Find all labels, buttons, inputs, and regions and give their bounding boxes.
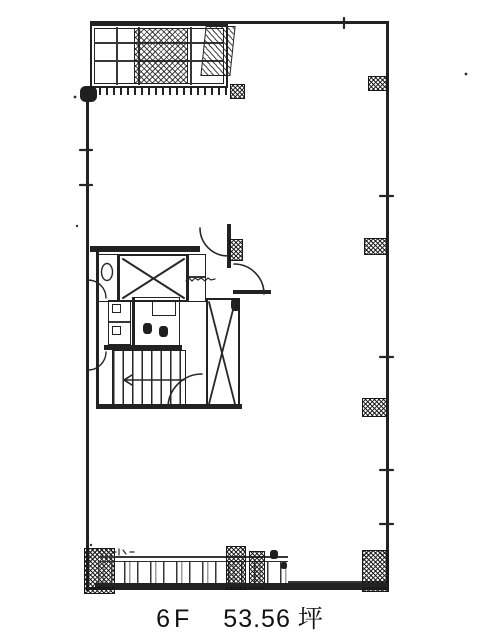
rooftop-block-partition — [116, 27, 118, 85]
outer-wall-left — [86, 88, 89, 591]
area-unit-tsubo: 坪 — [298, 605, 324, 633]
scan-speckle — [90, 544, 92, 546]
outer-wall-right — [386, 21, 389, 590]
core-wall-top — [90, 246, 200, 252]
wall-joint-splotch — [80, 86, 97, 102]
core-wall-bottom — [96, 404, 242, 409]
column-marker — [362, 398, 387, 417]
duct-cell — [188, 254, 206, 302]
washbasin-counter — [152, 300, 176, 316]
rooftop-annex-hatched — [200, 26, 235, 76]
shaft-corner-fill — [231, 298, 240, 311]
toilet-stall-divider — [109, 321, 130, 323]
rooftop-block-partition — [190, 27, 192, 85]
scan-speckle — [76, 225, 78, 227]
toilet-tank — [112, 326, 121, 335]
floor-plan-drawing — [0, 0, 480, 640]
core-wall-mid — [104, 345, 182, 350]
rooftop-hatched-room — [134, 28, 188, 84]
facade-mark — [270, 550, 278, 559]
fixture-mark — [143, 323, 152, 334]
staircase-treads — [112, 350, 186, 406]
area-value: 53.56 — [223, 605, 291, 633]
floor-caption: 6F53.56坪 — [0, 599, 480, 635]
illegible-label — [112, 549, 134, 555]
scan-speckle — [74, 96, 77, 99]
duct-cell-divider — [189, 276, 205, 278]
column-marker — [368, 76, 388, 91]
elevator-shaft — [118, 254, 188, 302]
bottom-heavy-line — [95, 583, 388, 587]
scanned-floor-plan-page: 6F53.56坪 — [0, 0, 480, 640]
pipe-shaft — [206, 298, 240, 408]
fixture-mark — [159, 326, 168, 337]
toilet-tank — [112, 304, 121, 313]
rooftop-block-rail-ticks — [92, 87, 230, 95]
wc-cell — [96, 254, 118, 302]
column-marker — [229, 239, 243, 261]
floor-label: 6F — [156, 605, 193, 633]
column-marker — [230, 84, 245, 99]
scan-speckle — [465, 73, 468, 76]
hall-wall-lower — [233, 290, 271, 294]
column-marker — [364, 238, 387, 255]
door-arc — [200, 228, 228, 256]
facade-mark — [281, 562, 287, 569]
